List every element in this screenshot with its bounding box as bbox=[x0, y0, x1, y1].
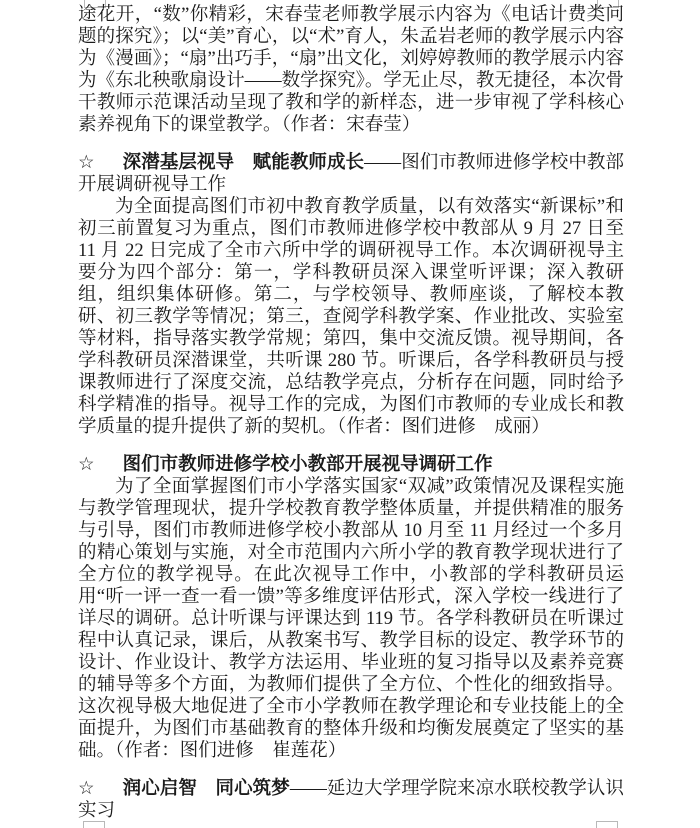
text-boundary-mark-bottom-left bbox=[83, 821, 105, 828]
text-boundary-mark-bottom-right bbox=[596, 821, 618, 828]
paragraph-middle-school-inspection: 为全面提高图们市初中教育教学质量，以有效落实“新课标”和初三前置复习为重点，图们… bbox=[78, 196, 624, 438]
section-heading-primary-school-inspection: ☆图们市教师进修学校小教部开展视导调研工作 bbox=[78, 454, 624, 476]
section-title-bold: 图们市教师进修学校小教部开展视导调研工作 bbox=[123, 455, 493, 475]
document-body: 途花开，“数”你精彩，宋春莹老师教学展示内容为《电话计费类问题的探究》；以“美”… bbox=[78, 4, 624, 822]
section-title-bold: 润心启智 同心筑梦 bbox=[123, 779, 290, 799]
star-icon: ☆ bbox=[78, 455, 95, 475]
document-page: 途花开，“数”你精彩，宋春莹老师教学展示内容为《电话计费类问题的探究》；以“美”… bbox=[0, 0, 700, 828]
paragraph-teacher-demo-lessons: 途花开，“数”你精彩，宋春莹老师教学展示内容为《电话计费类问题的探究》；以“美”… bbox=[78, 4, 624, 136]
paragraph-primary-school-inspection: 为了全面掌握图们市小学落实国家“双减”政策情况及课程实施与教学管理现状，提升学校… bbox=[78, 476, 624, 762]
section-heading-yanbian-university-internship: ☆润心启智 同心筑梦——延边大学理学院来凉水联校教学认识实习 bbox=[78, 778, 624, 822]
star-icon: ☆ bbox=[78, 779, 95, 799]
section-title-bold: 深潜基层视导 赋能教师成长 bbox=[123, 153, 364, 173]
star-icon: ☆ bbox=[78, 153, 95, 173]
section-heading-middle-school-inspection: ☆深潜基层视导 赋能教师成长——图们市教师进修学校中教部开展调研视导工作 bbox=[78, 152, 624, 196]
